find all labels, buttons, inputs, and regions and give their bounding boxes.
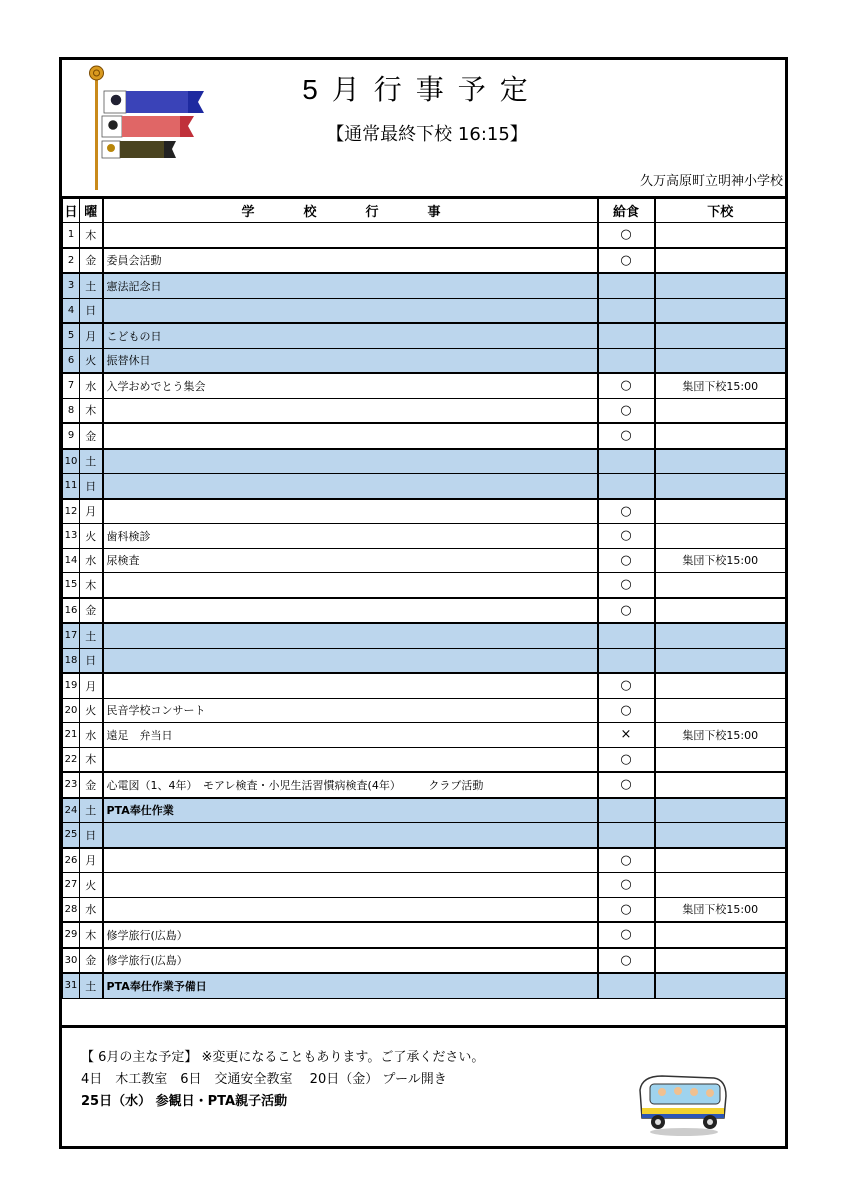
weekday-cell: 月 <box>80 848 103 873</box>
table-row: 22木○ <box>63 747 786 772</box>
column-header-dismissal: 下校 <box>655 198 786 223</box>
weekday-cell: 水 <box>80 897 103 922</box>
event-cell <box>103 823 598 848</box>
table-row: 3土憲法記念日 <box>63 273 786 298</box>
event-cell: 心電図（1、4年） モアレ検査・小児生活習慣病検査(4年） クラブ活動 <box>103 772 598 798</box>
lunch-cell <box>598 623 655 648</box>
event-cell <box>103 848 598 873</box>
dismissal-cell <box>655 348 786 373</box>
day-cell: 12 <box>63 499 80 524</box>
event-cell <box>103 223 598 248</box>
lunch-cell: ○ <box>598 948 655 974</box>
day-cell: 19 <box>63 673 80 698</box>
event-cell <box>103 474 598 499</box>
day-cell: 1 <box>63 223 80 248</box>
day-cell: 28 <box>63 897 80 922</box>
weekday-cell: 土 <box>80 273 103 298</box>
june-preview-events: 4日 木工教室 6日 交通安全教室 20日（金） プール開き <box>81 1068 447 1087</box>
event-cell <box>103 573 598 598</box>
weekday-cell: 木 <box>80 747 103 772</box>
weekday-cell: 火 <box>80 348 103 373</box>
weekday-cell: 日 <box>80 823 103 848</box>
day-cell: 4 <box>63 298 80 323</box>
table-row: 17土 <box>63 623 786 648</box>
weekday-cell: 木 <box>80 398 103 423</box>
weekday-cell: 水 <box>80 723 103 748</box>
lunch-cell <box>598 823 655 848</box>
dismissal-cell <box>655 223 786 248</box>
dismissal-cell <box>655 298 786 323</box>
event-cell: 遠足 弁当日 <box>103 723 598 748</box>
event-cell <box>103 648 598 673</box>
dismissal-cell <box>655 673 786 698</box>
table-row: 26月○ <box>63 848 786 873</box>
dismissal-cell <box>655 623 786 648</box>
dismissal-cell <box>655 798 786 823</box>
table-row: 15木○ <box>63 573 786 598</box>
day-cell: 11 <box>63 474 80 499</box>
day-cell: 8 <box>63 398 80 423</box>
lunch-cell: ○ <box>598 573 655 598</box>
column-header-events: 学 校 行 事 <box>103 198 598 223</box>
lunch-cell <box>598 474 655 499</box>
june-preview-section: 【 6月の主な予定】 ※変更になることもあります。ご了承ください。 4日 木工教… <box>62 1025 785 1149</box>
event-cell <box>103 623 598 648</box>
day-cell: 9 <box>63 423 80 449</box>
school-bus-icon <box>632 1070 732 1138</box>
weekday-cell: 金 <box>80 248 103 274</box>
lunch-cell <box>598 798 655 823</box>
table-row: 11日 <box>63 474 786 499</box>
dismissal-cell <box>655 698 786 723</box>
lunch-cell: ○ <box>598 423 655 449</box>
event-cell <box>103 423 598 449</box>
weekday-cell: 土 <box>80 798 103 823</box>
day-cell: 31 <box>63 973 80 998</box>
weekday-cell: 水 <box>80 548 103 573</box>
lunch-cell: ○ <box>598 897 655 922</box>
dismissal-cell: 集団下校15:00 <box>655 548 786 573</box>
event-cell <box>103 298 598 323</box>
weekday-cell: 金 <box>80 948 103 974</box>
june-preview-highlight: 25日（水） 参観日・PTA親子活動 <box>81 1090 287 1109</box>
lunch-cell: ○ <box>598 548 655 573</box>
event-cell: 修学旅行(広島） <box>103 948 598 974</box>
day-cell: 7 <box>63 373 80 398</box>
event-cell <box>103 873 598 898</box>
schedule-sheet: 5月行事予定 【通常最終下校 16:15】 久万高原町立明神小学校 日 曜 学 … <box>59 57 788 1149</box>
table-row: 30金修学旅行(広島）○ <box>63 948 786 974</box>
koinobori-carp-streamer-icon <box>84 64 214 190</box>
day-cell: 18 <box>63 648 80 673</box>
day-cell: 24 <box>63 798 80 823</box>
school-name: 久万高原町立明神小学校 <box>640 170 783 189</box>
lunch-cell: ○ <box>598 873 655 898</box>
lunch-cell: ○ <box>598 673 655 698</box>
day-cell: 6 <box>63 348 80 373</box>
table-row: 29木修学旅行(広島）○ <box>63 922 786 948</box>
table-header-row: 日 曜 学 校 行 事 給食 下校 <box>63 198 786 223</box>
lunch-cell <box>598 323 655 348</box>
lunch-cell: ○ <box>598 598 655 624</box>
weekday-cell: 木 <box>80 922 103 948</box>
dismissal-cell <box>655 922 786 948</box>
lunch-cell: ○ <box>598 922 655 948</box>
day-cell: 20 <box>63 698 80 723</box>
lunch-cell: ○ <box>598 248 655 274</box>
event-cell: PTA奉仕作業 <box>103 798 598 823</box>
event-cell: こどもの日 <box>103 323 598 348</box>
table-row: 20火民音学校コンサート○ <box>63 698 786 723</box>
lunch-cell: ○ <box>598 373 655 398</box>
lunch-cell: ○ <box>598 524 655 549</box>
dismissal-cell <box>655 648 786 673</box>
dismissal-cell <box>655 573 786 598</box>
dismissal-cell <box>655 398 786 423</box>
dismissal-cell <box>655 524 786 549</box>
table-row: 25日 <box>63 823 786 848</box>
event-cell <box>103 449 598 474</box>
lunch-cell <box>598 298 655 323</box>
event-cell <box>103 897 598 922</box>
weekday-cell: 月 <box>80 323 103 348</box>
dismissal-cell <box>655 273 786 298</box>
day-cell: 3 <box>63 273 80 298</box>
lunch-cell: ○ <box>598 747 655 772</box>
dismissal-cell: 集団下校15:00 <box>655 373 786 398</box>
weekday-cell: 火 <box>80 524 103 549</box>
dismissal-cell <box>655 823 786 848</box>
weekday-cell: 月 <box>80 499 103 524</box>
table-row: 21水遠足 弁当日×集団下校15:00 <box>63 723 786 748</box>
day-cell: 16 <box>63 598 80 624</box>
dismissal-cell: 集団下校15:00 <box>655 897 786 922</box>
event-cell <box>103 398 598 423</box>
table-row: 8木○ <box>63 398 786 423</box>
weekday-cell: 月 <box>80 673 103 698</box>
day-cell: 22 <box>63 747 80 772</box>
event-cell: 振替休日 <box>103 348 598 373</box>
dismissal-cell <box>655 474 786 499</box>
day-cell: 13 <box>63 524 80 549</box>
lunch-cell: ○ <box>598 772 655 798</box>
page-title: 5月行事予定 <box>272 68 572 108</box>
weekday-cell: 木 <box>80 223 103 248</box>
table-row: 10土 <box>63 449 786 474</box>
event-cell <box>103 673 598 698</box>
table-row: 5月こどもの日 <box>63 323 786 348</box>
lunch-cell: ○ <box>598 499 655 524</box>
event-cell <box>103 598 598 624</box>
table-row: 14水尿検査○集団下校15:00 <box>63 548 786 573</box>
column-header-lunch: 給食 <box>598 198 655 223</box>
day-cell: 23 <box>63 772 80 798</box>
event-cell: 民音学校コンサート <box>103 698 598 723</box>
column-header-day: 日 <box>63 198 80 223</box>
dismissal-time-subtitle: 【通常最終下校 16:15】 <box>292 120 562 146</box>
table-row: 12月○ <box>63 499 786 524</box>
day-cell: 5 <box>63 323 80 348</box>
table-row: 9金○ <box>63 423 786 449</box>
weekday-cell: 日 <box>80 474 103 499</box>
dismissal-cell <box>655 423 786 449</box>
lunch-cell: × <box>598 723 655 748</box>
weekday-cell: 金 <box>80 598 103 624</box>
event-cell <box>103 747 598 772</box>
day-cell: 26 <box>63 848 80 873</box>
dismissal-cell <box>655 248 786 274</box>
event-cell: 入学おめでとう集会 <box>103 373 598 398</box>
lunch-cell: ○ <box>598 398 655 423</box>
event-cell: 憲法記念日 <box>103 273 598 298</box>
day-cell: 15 <box>63 573 80 598</box>
table-row: 4日 <box>63 298 786 323</box>
table-row: 7水入学おめでとう集会○集団下校15:00 <box>63 373 786 398</box>
weekday-cell: 金 <box>80 423 103 449</box>
lunch-cell: ○ <box>598 848 655 873</box>
lunch-cell <box>598 348 655 373</box>
table-row: 18日 <box>63 648 786 673</box>
table-row: 27火○ <box>63 873 786 898</box>
day-cell: 27 <box>63 873 80 898</box>
dismissal-cell <box>655 948 786 974</box>
table-row: 2金委員会活動○ <box>63 248 786 274</box>
event-cell: PTA奉仕作業予備日 <box>103 973 598 998</box>
dismissal-cell: 集団下校15:00 <box>655 723 786 748</box>
day-cell: 25 <box>63 823 80 848</box>
day-cell: 30 <box>63 948 80 974</box>
event-cell: 歯科検診 <box>103 524 598 549</box>
header: 5月行事予定 【通常最終下校 16:15】 久万高原町立明神小学校 <box>62 60 785 196</box>
table-row: 24土PTA奉仕作業 <box>63 798 786 823</box>
event-cell: 尿検査 <box>103 548 598 573</box>
table-row: 6火振替休日 <box>63 348 786 373</box>
table-row: 31土PTA奉仕作業予備日 <box>63 973 786 998</box>
day-cell: 29 <box>63 922 80 948</box>
day-cell: 2 <box>63 248 80 274</box>
june-preview-heading: 【 6月の主な予定】 ※変更になることもあります。ご了承ください。 <box>81 1046 484 1065</box>
table-row: 23金心電図（1、4年） モアレ検査・小児生活習慣病検査(4年） クラブ活動○ <box>63 772 786 798</box>
lunch-cell <box>598 449 655 474</box>
table-row: 16金○ <box>63 598 786 624</box>
lunch-cell: ○ <box>598 223 655 248</box>
weekday-cell: 日 <box>80 298 103 323</box>
dismissal-cell <box>655 772 786 798</box>
schedule-table: 日 曜 学 校 行 事 給食 下校 1木○2金委員会活動○3土憲法記念日4日5月… <box>62 196 786 999</box>
weekday-cell: 土 <box>80 449 103 474</box>
weekday-cell: 水 <box>80 373 103 398</box>
dismissal-cell <box>655 873 786 898</box>
event-cell: 委員会活動 <box>103 248 598 274</box>
event-cell: 修学旅行(広島） <box>103 922 598 948</box>
lunch-cell <box>598 648 655 673</box>
day-cell: 17 <box>63 623 80 648</box>
day-cell: 10 <box>63 449 80 474</box>
day-cell: 21 <box>63 723 80 748</box>
table-row: 13火歯科検診○ <box>63 524 786 549</box>
weekday-cell: 日 <box>80 648 103 673</box>
table-row: 1木○ <box>63 223 786 248</box>
weekday-cell: 金 <box>80 772 103 798</box>
day-cell: 14 <box>63 548 80 573</box>
lunch-cell <box>598 273 655 298</box>
weekday-cell: 土 <box>80 973 103 998</box>
dismissal-cell <box>655 499 786 524</box>
weekday-cell: 木 <box>80 573 103 598</box>
dismissal-cell <box>655 598 786 624</box>
weekday-cell: 火 <box>80 873 103 898</box>
dismissal-cell <box>655 848 786 873</box>
dismissal-cell <box>655 747 786 772</box>
weekday-cell: 火 <box>80 698 103 723</box>
dismissal-cell <box>655 973 786 998</box>
column-header-weekday: 曜 <box>80 198 103 223</box>
lunch-cell <box>598 973 655 998</box>
table-row: 28水○集団下校15:00 <box>63 897 786 922</box>
event-cell <box>103 499 598 524</box>
table-row: 19月○ <box>63 673 786 698</box>
dismissal-cell <box>655 323 786 348</box>
lunch-cell: ○ <box>598 698 655 723</box>
dismissal-cell <box>655 449 786 474</box>
weekday-cell: 土 <box>80 623 103 648</box>
